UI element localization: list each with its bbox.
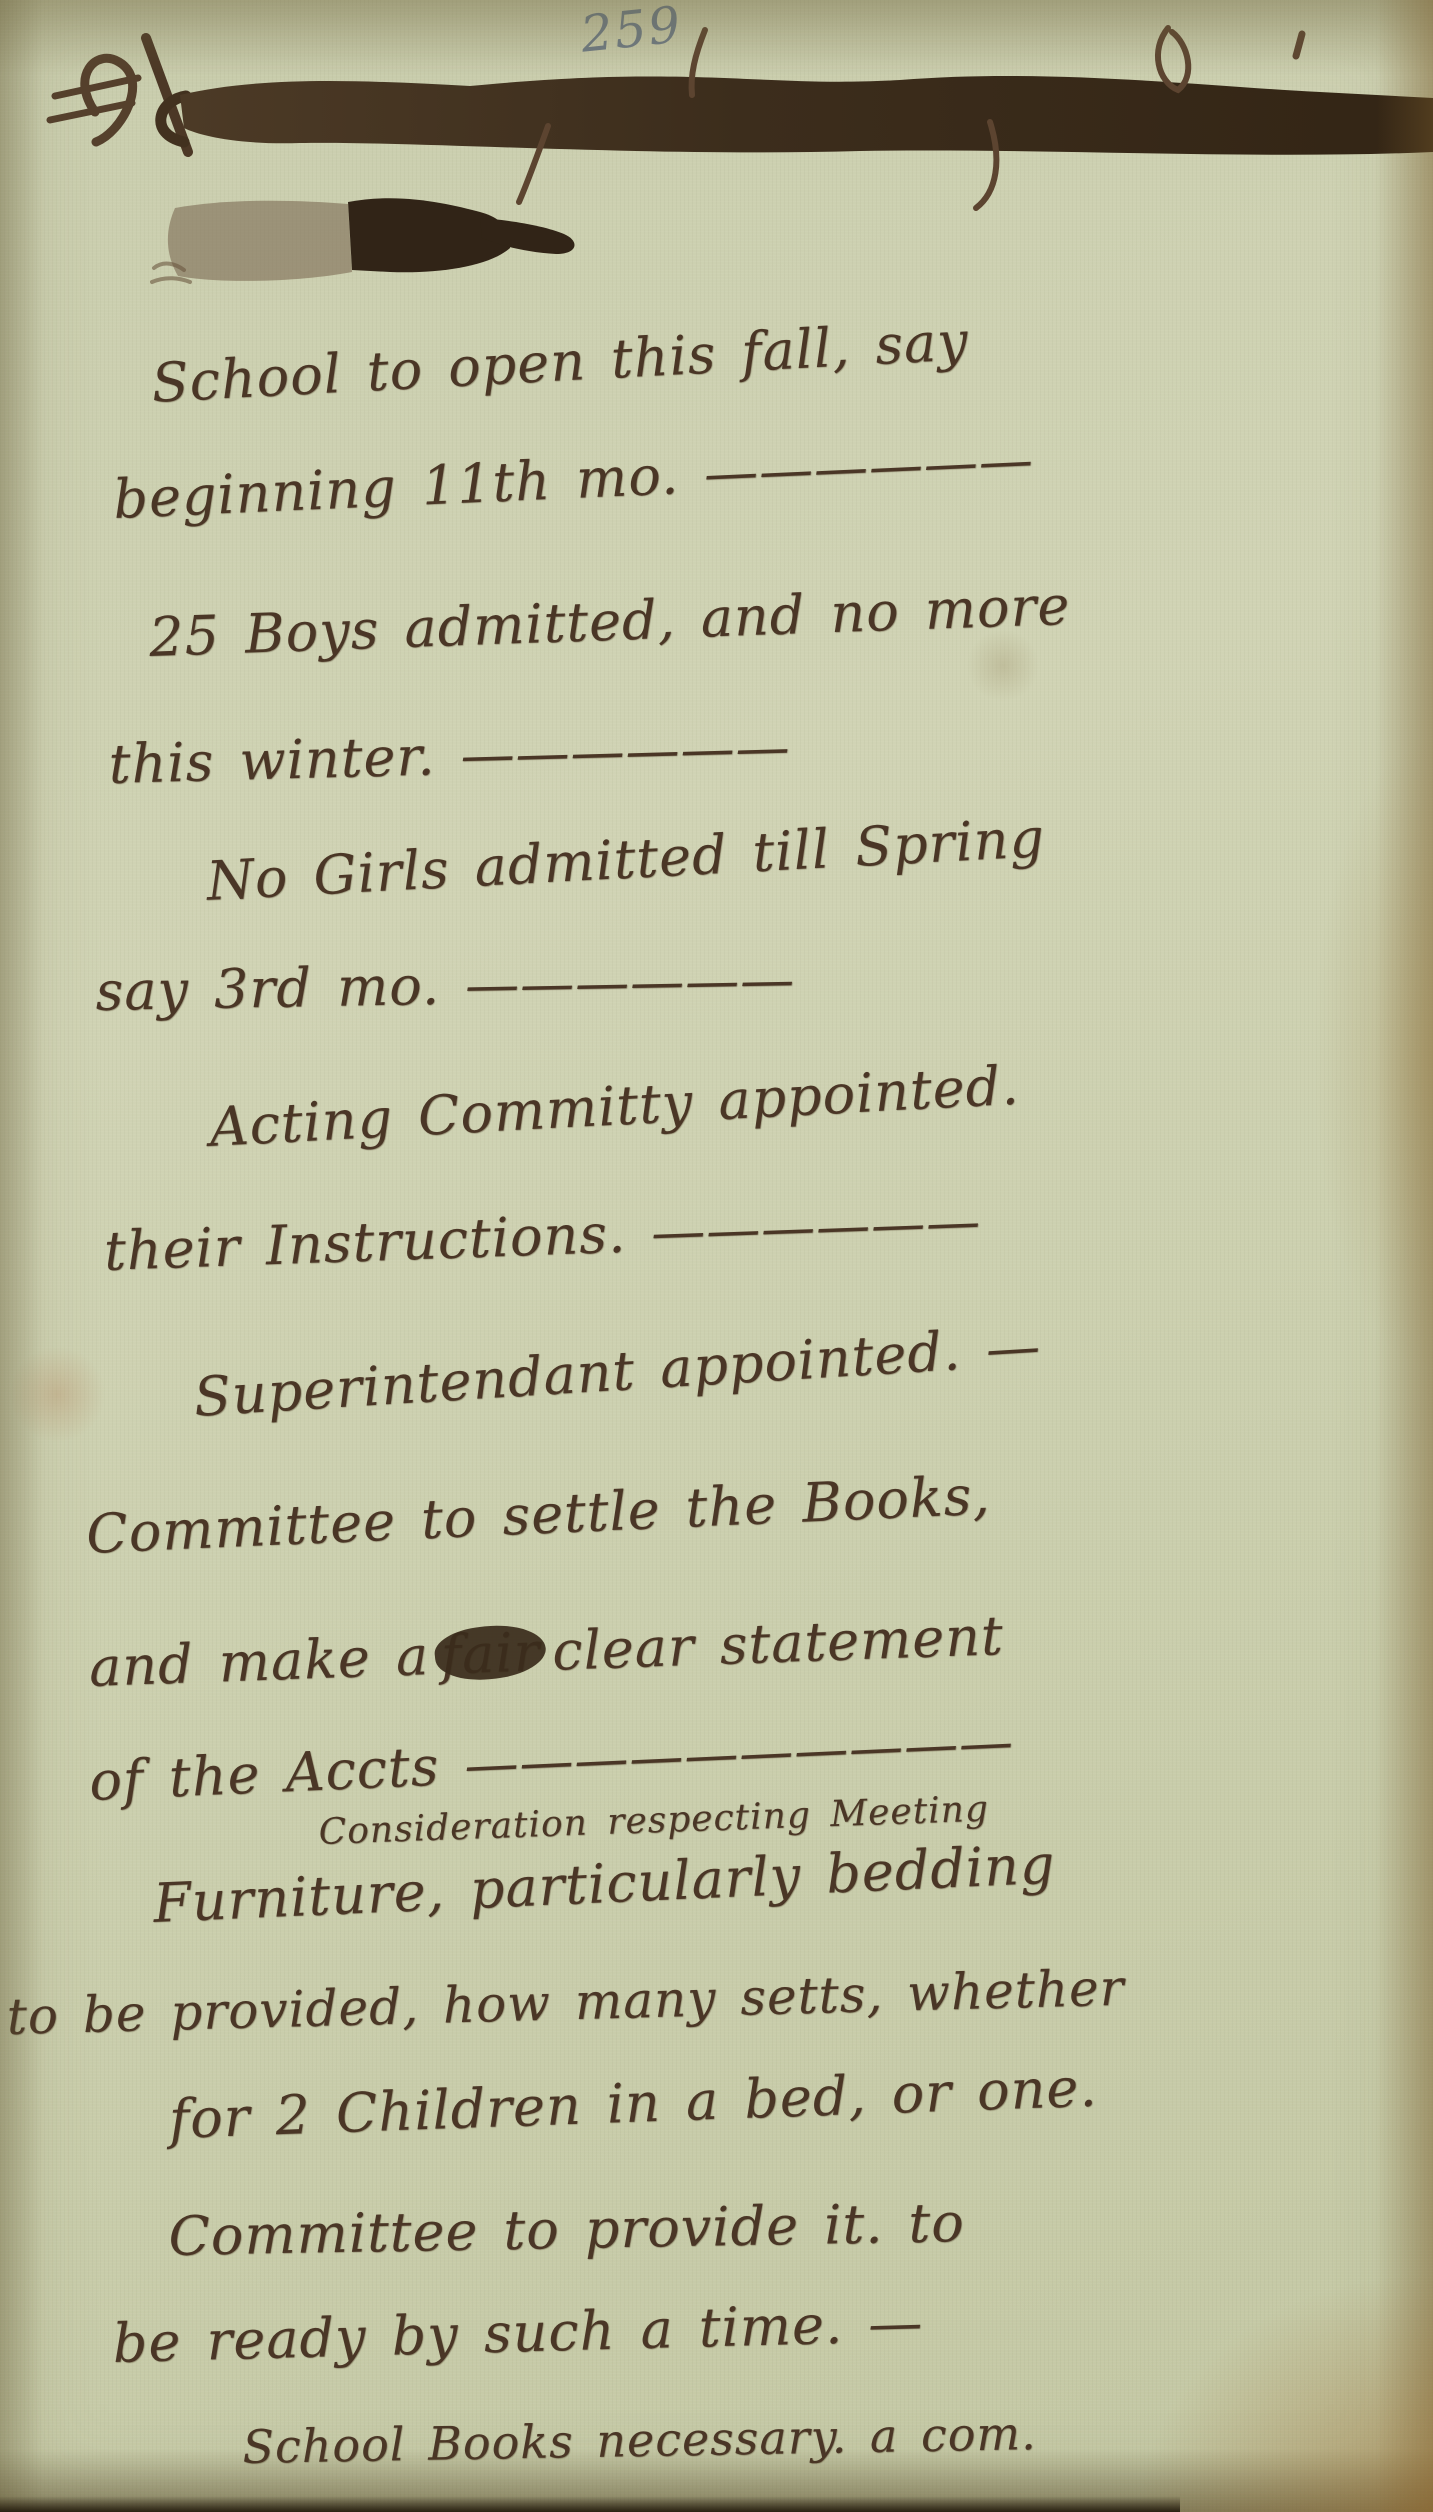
handwritten-line: for 2 Children in a bed, or one.: [168, 2056, 1098, 2151]
handwritten-line: Superintendant appointed. —: [192, 1314, 1043, 1429]
ink-strikeout-heading: [0, 0, 1433, 235]
handwritten-line: No Girls admitted till Spring: [205, 806, 1046, 913]
handwritten-line-with-correction: and make afairclear statement: [88, 1604, 1005, 1699]
handwritten-line: Furniture, particularly bedding: [152, 1833, 1057, 1935]
ink-smudge: [150, 190, 610, 310]
handwritten-line: Committee to settle the Books,: [85, 1464, 992, 1566]
handwritten-line: beginning 11th mo. ——————: [112, 428, 1035, 531]
manuscript-page: 259 School to open this fall: [0, 0, 1433, 2512]
text-after-strike: clear statement: [551, 1604, 1004, 1683]
book-bottom-edge: [0, 2496, 1180, 2512]
handwritten-line: 25 Boys admitted, and no more: [148, 574, 1071, 669]
handwritten-line: Committee to provide it. to: [168, 2191, 965, 2268]
handwritten-line: this winter. ——————: [108, 715, 791, 796]
handwritten-line: School to open this fall, say: [150, 309, 970, 415]
handwritten-line: Acting Committy appointed.: [208, 1054, 1021, 1159]
handwritten-line: to be provided, how many setts, whether: [6, 1959, 1125, 2046]
handwritten-line: be ready by such a time. —: [112, 2291, 924, 2375]
handwritten-line: their Instructions. ——————: [103, 1189, 982, 1283]
handwritten-line: School Books necessary. a com.: [242, 2406, 1037, 2474]
page-number: 259: [578, 0, 685, 64]
text-before-strike: and make a: [88, 1624, 430, 1699]
handwritten-line: say 3rd mo. ——————: [95, 948, 796, 1023]
scribbled-out-word: fair: [440, 1620, 541, 1686]
